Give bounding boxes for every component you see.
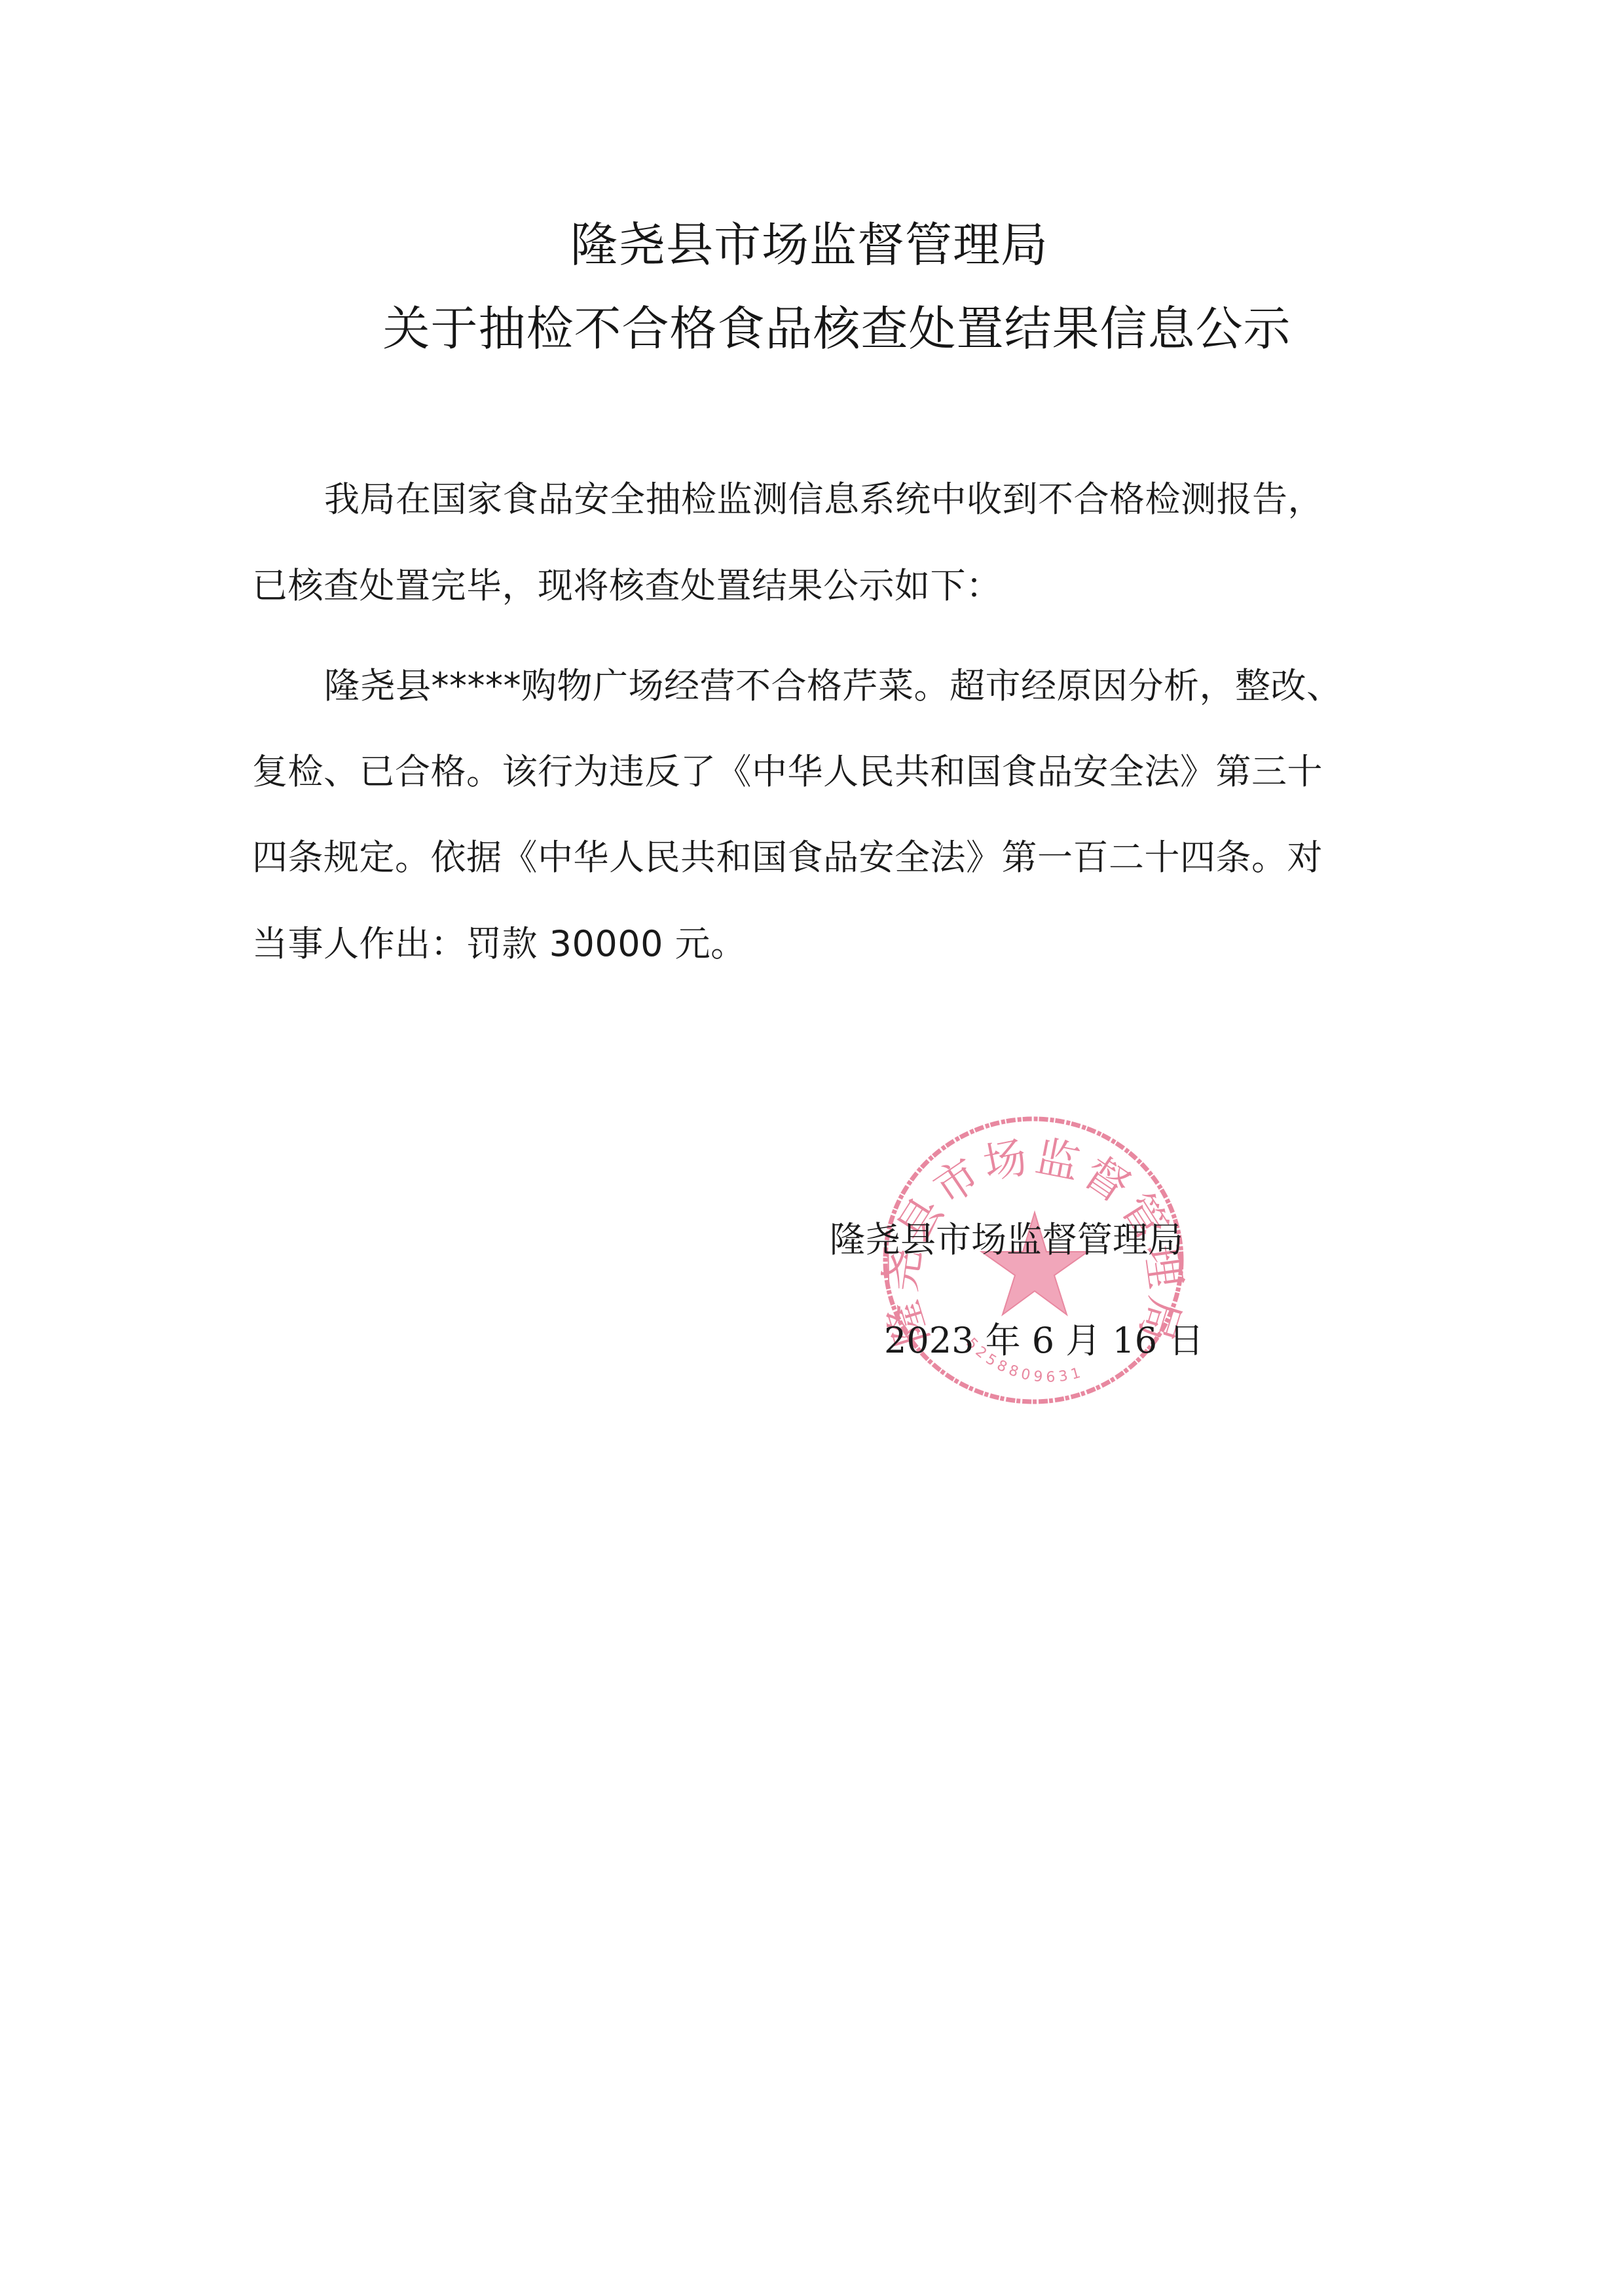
paragraph-line: 当事人作出：罚款 30000 元。 [252,924,747,964]
signature-issuer: 隆尧县市场监督管理局 [830,1220,1183,1260]
title-subject: 关于抽检不合格食品核查处置结果信息公示 [25,302,1624,355]
paragraph-line: 我局在国家食品安全抽检监测信息系统中收到不合格检测报告， [324,480,1323,519]
paragraph-line: 四条规定。依据《中华人民共和国食品安全法》第一百二十四条。对 [252,838,1323,877]
paragraph-line: 已核查处置完毕，现将核查处置结果公示如下： [252,566,1002,606]
paragraph-line: 复检、已合格。该行为违反了《中华人民共和国食品安全法》第三十 [252,752,1323,792]
title-issuer: 隆尧县市场监督管理局 [0,219,1621,271]
official-seal: 隆尧县市场监督管理局 5258809631 [881,1114,1186,1406]
document-page: 隆尧县市场监督管理局 关于抽检不合格食品核查处置结果信息公示 我局在国家食品安全… [0,0,1624,2296]
signature-date: 2023 年 6 月 16 日 [884,1321,1204,1360]
paragraph-line: 隆尧县*****购物广场经营不合格芹菜。超市经原因分析，整改、 [324,666,1342,706]
